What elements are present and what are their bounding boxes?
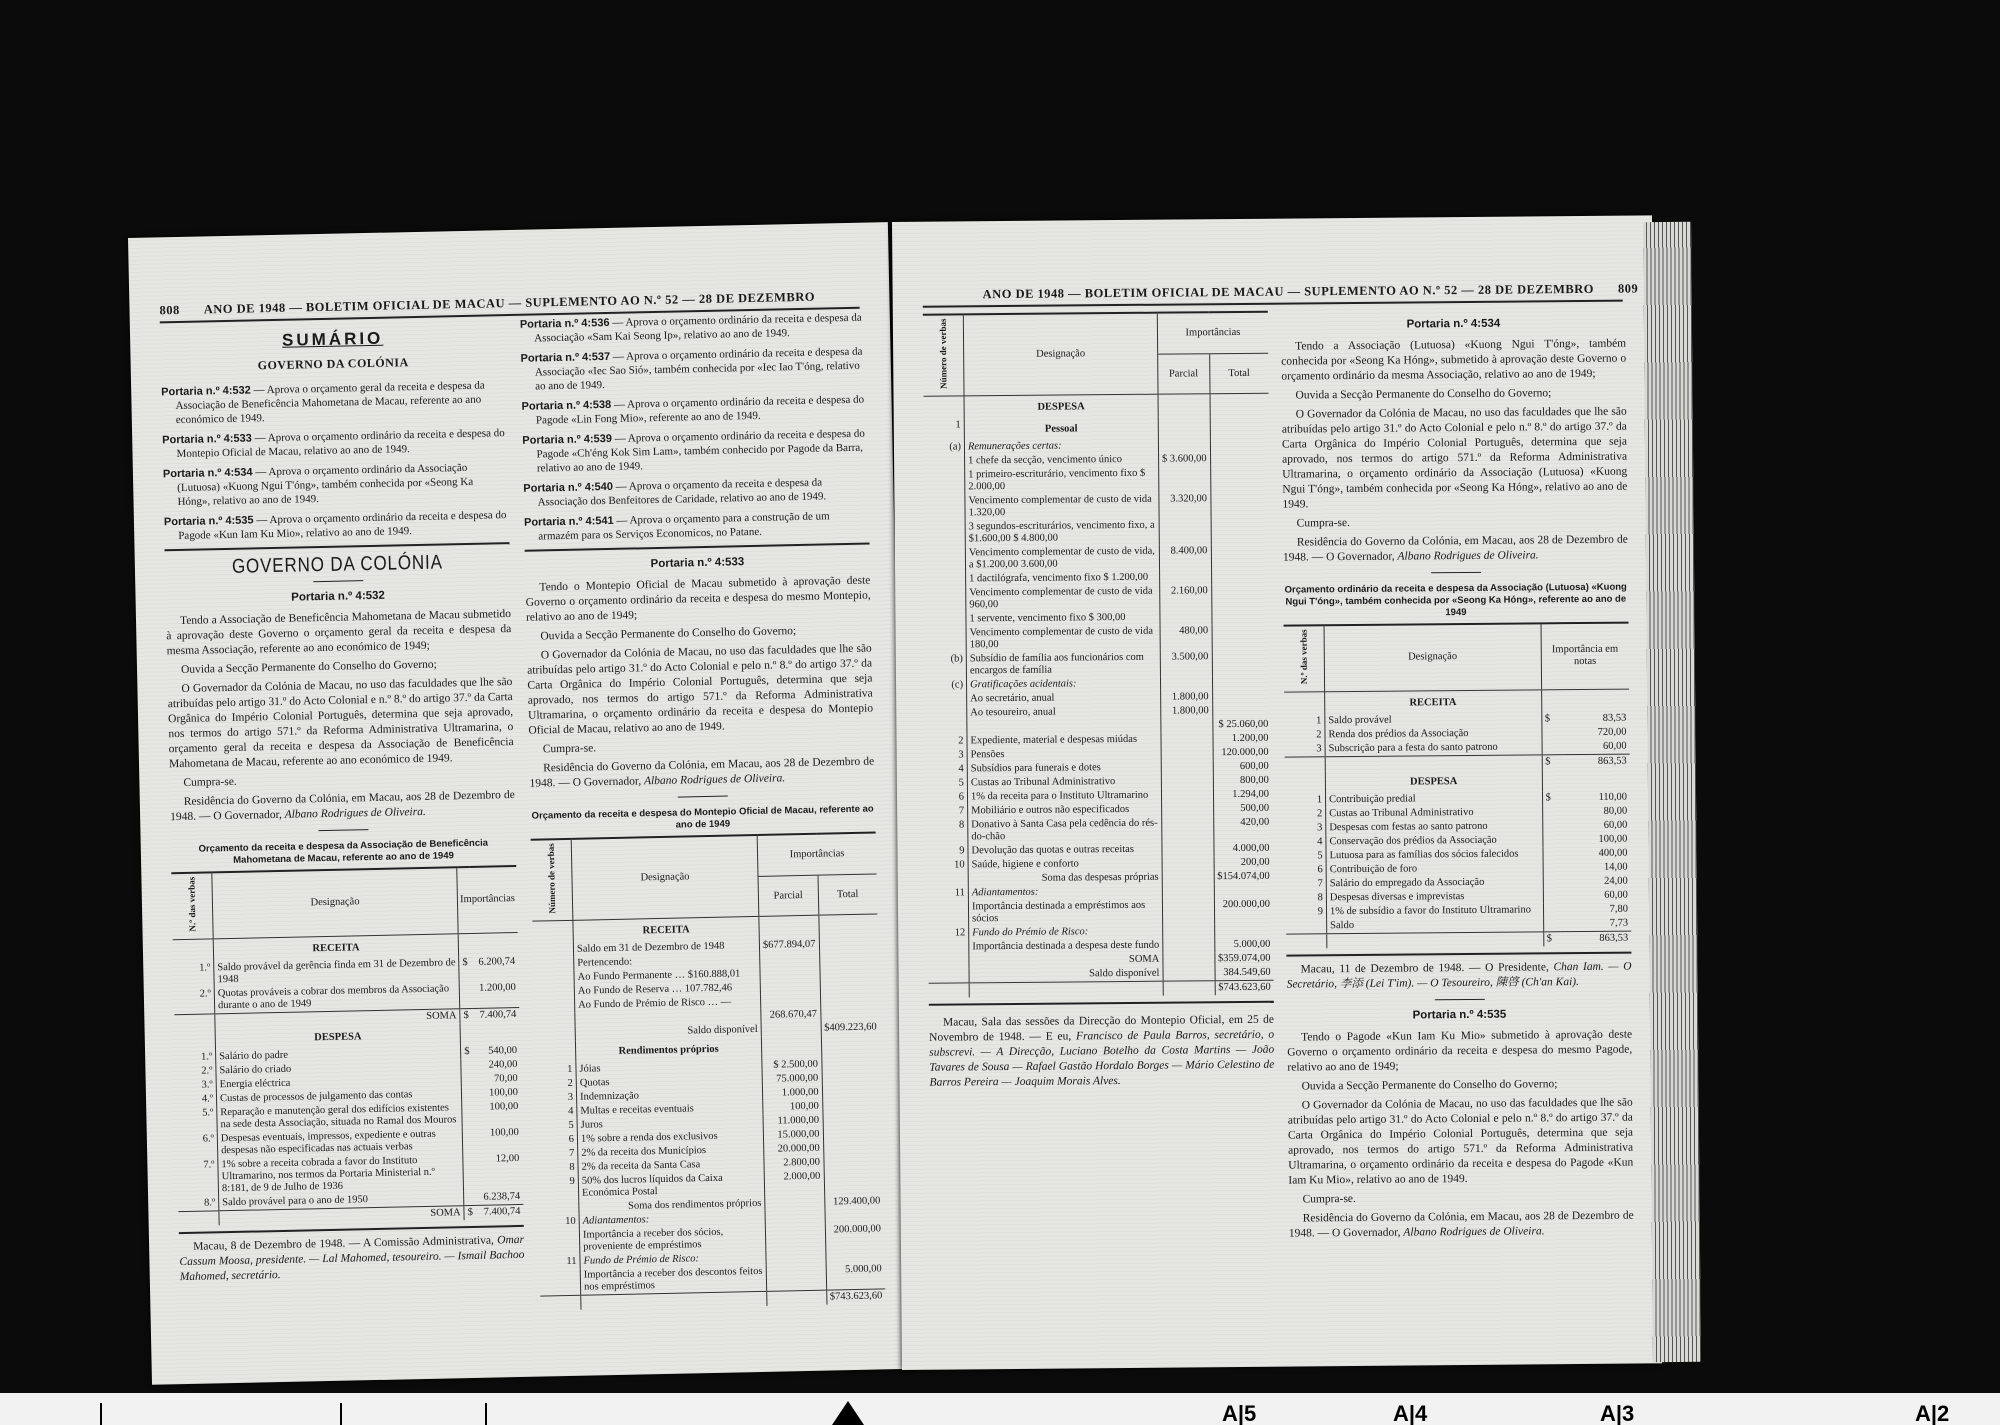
table-cell: 384.549,60 <box>1215 966 1274 981</box>
table-cell: 1% sobre a receita cobrada a favor do In… <box>218 1153 464 1196</box>
summary-subtitle: GOVERNO DA COLÓNIA <box>161 353 506 375</box>
table-cell: 6.238,74 <box>476 1190 523 1205</box>
table-cell: Subsídio de família aos funcionários com… <box>966 651 1160 679</box>
signature: Albano Rodrigues de Oliveira. <box>644 772 785 787</box>
table-cell <box>458 933 471 956</box>
table-cell <box>460 1023 473 1045</box>
table-cell: 1.800,00 <box>1160 691 1212 705</box>
table-cell <box>1161 789 1213 803</box>
summary-list: Portaria n.º 4:532 — Aprova o orçamento … <box>161 378 509 543</box>
table-cell <box>765 1210 825 1225</box>
table-cell: 8.º <box>178 1196 219 1211</box>
table-cell <box>473 1022 520 1045</box>
paragraph: Ouvida a Secção Permanente do Conselho d… <box>526 623 871 645</box>
page-number: 809 <box>1618 281 1638 296</box>
table-cell: 2 <box>1285 807 1326 821</box>
table-cell: 1 <box>535 1063 576 1078</box>
table-cell: 9 <box>927 845 968 859</box>
summary-ref: Portaria n.º 4:536 <box>520 317 610 331</box>
table-caption: Orçamento da receita e despesa do Montep… <box>530 803 875 834</box>
table-cell <box>819 965 878 980</box>
table-cell <box>1161 733 1213 747</box>
table-row: 8Donativo à Santa Casa pela cedência do … <box>927 816 1272 845</box>
table-cell: 120.000,00 <box>1213 746 1272 761</box>
table-cell: 1.000,00 <box>762 1086 822 1101</box>
table-cell <box>471 932 518 955</box>
table-cell: Vencimento complementar de custo de vida… <box>965 493 1159 521</box>
paragraph: Cumpra-se. <box>1283 514 1628 532</box>
summary-ref: Portaria n.º 4:532 <box>161 384 251 398</box>
table-cell <box>1162 843 1214 857</box>
table-cell: 100,00 <box>474 1086 521 1101</box>
table-cell: 2.000,00 <box>764 1170 824 1197</box>
right-column-2: Portaria n.º 4:534 Tendo a Associação (L… <box>1281 308 1634 1246</box>
table-cell: 1 <box>924 419 965 441</box>
table-cell <box>1543 861 1565 875</box>
table-cell <box>1286 919 1327 934</box>
table-cell <box>924 495 965 521</box>
table-cell <box>461 1059 474 1073</box>
table-cell: 1.200,00 <box>472 981 519 1008</box>
summary-ref: Portaria n.º 4:539 <box>522 433 612 447</box>
book-page-edges <box>1643 222 1701 1362</box>
summary-item: Portaria n.º 4:535 — Aprova o orçamento … <box>164 508 510 543</box>
table-cell: 600,00 <box>1213 760 1272 775</box>
summary-item: Portaria n.º 4:533 — Aprova o orçamento … <box>162 426 508 461</box>
table-cell: 1.º <box>175 1050 216 1065</box>
table-cell <box>1542 819 1564 833</box>
table-row: (b)Subsídio de família aos funcionários … <box>926 650 1271 679</box>
microfilm-strip: A|5 A|4 A|3 A|2 <box>0 1393 2000 1425</box>
table-row: Vencimento complementar de custo de vida… <box>924 492 1269 521</box>
column-header-partial: Parcial <box>1158 354 1210 395</box>
table-cell <box>1210 492 1269 519</box>
film-label: A|2 <box>1915 1403 1949 1425</box>
table-cell: 100,00 <box>763 1100 823 1115</box>
table-cell: 6 <box>1286 863 1327 877</box>
table-cell <box>1564 768 1630 791</box>
table-cell: 5 <box>1285 849 1326 863</box>
table-cell: 6.200,74 <box>472 955 519 982</box>
table-cell: 60,00 <box>1564 818 1630 833</box>
table-cell: $677.894,07 <box>759 938 819 953</box>
table-cell <box>1158 417 1210 439</box>
closing: Residência do Governo da Colónia, em Mac… <box>529 754 875 791</box>
table-cell <box>1161 747 1213 761</box>
table-cell: Importância a receber dos sócios, proven… <box>579 1225 766 1255</box>
table-cell <box>823 1127 882 1142</box>
table-row: Vencimento complementar de custo de vida… <box>925 584 1270 613</box>
summary-ref: Portaria n.º 4:538 <box>521 399 611 413</box>
table-cell <box>1162 871 1214 885</box>
table-cell: 500,00 <box>1213 802 1272 817</box>
table-cell <box>540 1269 581 1296</box>
table-cell <box>1212 676 1271 691</box>
section-label: DESPESA <box>964 395 1158 419</box>
table-row: $743.623,60 <box>929 981 1274 999</box>
table-cell <box>174 1014 215 1029</box>
table-cell <box>1210 394 1269 417</box>
table-cell <box>1543 917 1565 932</box>
table-cell <box>459 982 472 1009</box>
divider <box>318 829 368 831</box>
summary-ref: Portaria n.º 4:534 <box>163 466 253 480</box>
column-header-number: N.º das verbas <box>1298 629 1310 684</box>
table-cell: 7 <box>1286 877 1327 891</box>
signature: Albano Rodrigues de Oliveira. <box>285 806 426 821</box>
table-cell: 3 <box>927 749 968 763</box>
table-cell <box>581 1292 767 1310</box>
film-tick <box>340 1403 342 1425</box>
table-cell: Importância destinada a empréstimos aos … <box>968 899 1162 927</box>
table-cell: 50% dos lucros líquidos da Caixa Económi… <box>578 1171 765 1201</box>
table-cell <box>925 547 966 573</box>
table-cell: $ <box>459 956 472 982</box>
table-cell: 4 <box>1285 835 1326 849</box>
table-cell <box>1541 689 1563 712</box>
table-cell: (a) <box>924 441 965 455</box>
table-cell: 200.000,00 <box>825 1223 885 1250</box>
table-cell <box>766 1264 826 1292</box>
table-cell <box>534 985 575 1000</box>
divider <box>165 542 510 551</box>
table-cell: 4.º <box>176 1092 217 1107</box>
budget-table-4532: N.º das verbas Designação Importâncias R… <box>171 865 523 1226</box>
table-cell <box>760 952 820 967</box>
table-cell <box>535 1027 576 1042</box>
table-cell <box>1542 769 1564 791</box>
table-cell <box>1542 847 1564 861</box>
table-cell <box>1160 677 1212 691</box>
table-cell <box>1211 544 1270 571</box>
paragraph: Cumpra-se. <box>1288 1189 1633 1207</box>
table-cell <box>178 1211 219 1226</box>
summary-item: Portaria n.º 4:536 — Aprova o orçamento … <box>520 311 866 346</box>
portaria-heading: Portaria n.º 4:532 <box>165 586 510 608</box>
table-cell: 14,00 <box>1565 860 1631 875</box>
table-cell <box>765 1196 825 1211</box>
table-cell: 5.º <box>176 1106 217 1133</box>
table-cell <box>1158 439 1210 453</box>
table-cell <box>760 966 820 981</box>
table-cell <box>761 1022 821 1037</box>
table-cell <box>820 1007 879 1022</box>
table-cell: 1 <box>1284 714 1325 728</box>
table-cell: $ <box>1542 791 1564 805</box>
table-cell: 7,80 <box>1565 902 1631 917</box>
table-cell: 540,00 <box>473 1044 520 1059</box>
right-column-1: Número de verbas Designação Importâncias… <box>923 311 1275 1095</box>
table-cell <box>759 916 819 940</box>
table-cell: 11 <box>539 1255 580 1270</box>
table-cell <box>969 981 1163 997</box>
table-caption: Orçamento da receita e despesa da Associ… <box>171 837 516 868</box>
left-column-2: Portaria n.º 4:536 — Aprova o orçamento … <box>520 311 886 1311</box>
table-cell <box>1210 452 1269 467</box>
table-cell <box>1543 889 1565 903</box>
table-cell <box>820 993 879 1008</box>
table-cell <box>1214 924 1273 939</box>
table-cell <box>818 914 877 938</box>
table-row: Vencimento complementar de custo de vida… <box>925 544 1270 573</box>
table-row: DESPESA <box>1285 768 1630 793</box>
table-cell <box>1543 875 1565 889</box>
table-cell: 7.400,74 <box>477 1204 524 1219</box>
summary-ref: Portaria n.º 4:537 <box>520 351 610 365</box>
closing-4532: Macau, 8 de Dezembro de 1948. — A Comiss… <box>179 1233 525 1285</box>
column-header-amount: Importâncias <box>757 832 876 876</box>
table-cell: 3 <box>536 1091 577 1106</box>
column-header-number: Número de verbas <box>937 319 950 389</box>
table-cell <box>1211 610 1270 625</box>
table-cell <box>1162 885 1214 899</box>
table-cell: 5 <box>537 1119 578 1134</box>
table-cell <box>175 1028 216 1051</box>
paragraph: Tendo o Pagode «Kun Iam Ku Mio» submetid… <box>1287 1027 1632 1075</box>
closing-4533: Macau, Sala das sessões da Direcção do M… <box>929 1013 1275 1091</box>
table-cell <box>821 1057 880 1072</box>
table-cell: 70,00 <box>474 1072 521 1087</box>
table-cell <box>1541 726 1563 740</box>
table-cell: 7.400,74 <box>473 1007 520 1022</box>
summary-title: SUMÁRIO <box>160 328 505 350</box>
column-header-amount: Importâncias <box>457 866 518 933</box>
table-cell: 3 <box>1285 742 1326 757</box>
table-cell: 6 <box>537 1133 578 1148</box>
table-cell: 7 <box>537 1147 578 1162</box>
table-cell: $ <box>1542 754 1564 769</box>
section-title: GOVERNO DA COLÓNIA <box>191 555 484 576</box>
section-label: DESPESA <box>1325 769 1542 793</box>
table-cell: 100,00 <box>475 1100 522 1127</box>
table-cell: Vencimento complementar de custo de vida… <box>966 625 1160 653</box>
table-cell <box>1210 466 1269 493</box>
running-head-text: ANO DE 1948 — BOLETIM OFICIAL DE MACAU —… <box>983 282 1594 302</box>
table-cell <box>925 521 966 547</box>
table-row: 3 segundos-escriturários, vencimento fix… <box>925 518 1270 547</box>
closing: Residência do Governo da Colónia, em Mac… <box>1289 1208 1634 1241</box>
table-cell <box>1158 394 1210 417</box>
table-cell <box>1327 932 1544 948</box>
table-cell: 8.400,00 <box>1159 545 1211 571</box>
table-row: DESPESA <box>924 394 1269 420</box>
table-cell <box>824 1169 884 1196</box>
closing: Residência do Governo da Colónia, em Mac… <box>170 788 516 825</box>
table-cell: Vencimento complementar de custo de vida… <box>965 545 1159 573</box>
table-cell <box>1284 691 1325 714</box>
summary-item: Portaria n.º 4:539 — Aprova o orçamento … <box>522 427 868 476</box>
table-cell <box>825 1249 884 1264</box>
table-cell <box>1159 571 1211 585</box>
budget-table-4533-receita: Número de verbas Designação Importâncias… <box>531 831 886 1310</box>
column-header-designation: Designação <box>1324 623 1541 691</box>
table-cell <box>822 1113 881 1128</box>
table-cell <box>928 901 969 927</box>
table-cell <box>928 941 969 955</box>
table-cell <box>924 455 965 469</box>
table-cell <box>539 1229 580 1256</box>
table-cell: 2.160,00 <box>1160 585 1212 611</box>
table-cell <box>925 573 966 587</box>
table-cell <box>1159 519 1211 545</box>
paragraph: O Governador da Colónia de Macau, no uso… <box>1288 1095 1634 1188</box>
table-cell <box>1285 756 1326 771</box>
table-cell: 5.000,00 <box>1214 938 1273 953</box>
table-cell <box>1542 805 1564 819</box>
table-cell <box>760 980 820 995</box>
table-cell: $ 3.600,00 <box>1158 453 1210 467</box>
table-cell: 400,00 <box>1565 846 1631 861</box>
table-cell <box>1162 899 1214 925</box>
portaria-heading: Portaria n.º 4:535 <box>1287 1006 1632 1024</box>
table-cell <box>1162 817 1214 843</box>
table-cell <box>1163 939 1215 953</box>
table-cell: 1.294,00 <box>1213 788 1272 803</box>
film-tick <box>100 1403 102 1425</box>
table-cell <box>765 1224 825 1251</box>
table-cell: 12,00 <box>476 1152 523 1191</box>
table-cell: 863,53 <box>1564 754 1630 769</box>
table-cell: (b) <box>926 653 967 679</box>
table-cell: 1.200,00 <box>1212 732 1271 747</box>
paragraph: Tendo o Montepio Oficial de Macau submet… <box>525 574 871 626</box>
table-cell: $359.074,00 <box>1214 952 1273 967</box>
column-header-amount: Importâncias <box>1157 312 1268 354</box>
table-cell <box>926 721 967 735</box>
table-cell <box>760 994 820 1009</box>
table-cell: 6.º <box>177 1132 218 1159</box>
table-cell <box>1212 704 1271 719</box>
table-cell <box>534 1013 575 1028</box>
table-cell <box>1543 903 1565 917</box>
column-header-amount: Importância em notas <box>1541 623 1630 690</box>
table-cell: 1 <box>1285 793 1326 807</box>
column-header-number: N.º das verbas <box>185 877 198 932</box>
table-cell <box>1163 981 1215 996</box>
table-cell <box>822 1085 881 1100</box>
column-header-designation: Designação <box>963 313 1158 397</box>
table-cell <box>767 1290 827 1306</box>
table-row: $863,53 <box>1286 931 1631 949</box>
table-cell <box>822 1099 881 1114</box>
column-header-total: Total <box>1209 353 1268 394</box>
summary-item: Portaria n.º 4:540 — Aprova o orçamento … <box>523 475 869 510</box>
table-cell <box>928 955 969 969</box>
film-label: A|5 <box>1222 1403 1256 1425</box>
summary-item: Portaria n.º 4:532 — Aprova o orçamento … <box>161 378 507 427</box>
table-cell <box>1211 570 1270 585</box>
table-cell: 12 <box>928 927 969 941</box>
table-cell: 5 <box>927 777 968 791</box>
table-cell <box>173 939 214 962</box>
table-cell <box>1163 953 1215 967</box>
table-cell: 7,73 <box>1565 916 1631 931</box>
summary-item: Portaria n.º 4:534 — Aprova o orçamento … <box>163 460 509 509</box>
table-cell: 240,00 <box>474 1058 521 1073</box>
table-cell <box>1161 761 1213 775</box>
table-cell <box>1210 416 1269 439</box>
running-head-right: ANO DE 1948 — BOLETIM OFICIAL DE MACAU —… <box>923 282 1623 308</box>
table-cell: 3.500,00 <box>1160 651 1212 677</box>
table-cell <box>1563 689 1629 712</box>
table-cell: 2.800,00 <box>764 1156 824 1171</box>
table-cell: 60,00 <box>1565 888 1631 903</box>
table-cell: 60,00 <box>1564 739 1630 754</box>
table-cell <box>819 937 878 952</box>
table-cell: 129.400,00 <box>824 1195 883 1210</box>
table-cell <box>1211 518 1270 545</box>
table-cell: 2 <box>1284 728 1325 742</box>
divider <box>1286 951 1631 956</box>
table-cell <box>929 969 970 984</box>
budget-table-4533-despesa: Número de verbas Designação Importâncias… <box>923 311 1274 998</box>
table-cell: $ <box>1543 931 1565 946</box>
table-cell <box>924 396 965 419</box>
table-cell: 3 <box>1285 821 1326 835</box>
table-cell: $ <box>461 1045 474 1059</box>
paragraph: O Governador da Colónia de Macau, no uso… <box>527 642 874 739</box>
table-cell <box>761 1036 821 1059</box>
table-cell: 3.º <box>176 1078 217 1093</box>
table-cell: $ 25.060,00 <box>1212 718 1271 733</box>
table-cell: 100,00 <box>1565 832 1631 847</box>
table-cell <box>1542 740 1564 755</box>
table-cell: $ <box>464 1205 477 1220</box>
summary-item: Portaria n.º 4:541 — Aprova o orçamento … <box>524 509 870 544</box>
table-cell: 3.320,00 <box>1159 493 1211 519</box>
page-number: 808 <box>159 303 180 318</box>
table-cell <box>819 951 878 966</box>
table-cell <box>823 1155 882 1170</box>
table-cell: 2.º <box>175 1064 216 1079</box>
paragraph: Tendo a Associação (Lutuosa) «Kuong Ngui… <box>1281 337 1626 385</box>
table-cell: 15.000,00 <box>763 1128 823 1143</box>
table-cell: 11 <box>928 887 969 901</box>
portaria-heading: Portaria n.º 4:534 <box>1281 316 1626 334</box>
budget-table-4534: N.º das verbas Designação Importância em… <box>1284 622 1632 949</box>
column-header-number: Número de verbas <box>545 843 558 914</box>
table-cell <box>1212 624 1271 651</box>
paragraph: Cumpra-se. <box>169 769 514 791</box>
table-cell <box>928 873 969 887</box>
divider <box>525 543 870 552</box>
table-cell: 8 <box>1286 891 1327 905</box>
table-cell: 80,00 <box>1564 804 1630 819</box>
summary-ref: Portaria n.º 4:533 <box>162 432 252 446</box>
table-cell: 1 primeiro-escriturário, vencimento fixo… <box>965 467 1159 495</box>
paragraph: Cumpra-se. <box>529 735 874 757</box>
right-page: ANO DE 1948 — BOLETIM OFICIAL DE MACAU —… <box>892 215 1662 1370</box>
column-header-total: Total <box>817 874 877 916</box>
table-cell <box>821 1035 880 1058</box>
table-cell <box>822 1071 881 1086</box>
table-cell <box>1211 584 1270 611</box>
table-cell <box>463 1153 477 1191</box>
table-cell: 720,00 <box>1564 725 1630 740</box>
table-cell <box>1162 857 1214 871</box>
table-cell <box>462 1101 475 1127</box>
table-cell <box>1160 611 1212 625</box>
table-cell <box>534 999 575 1014</box>
table-cell <box>1285 771 1326 793</box>
table-cell: 10 <box>928 859 969 873</box>
table-cell: 75.000,00 <box>762 1072 822 1087</box>
table-cell: 420,00 <box>1213 816 1272 843</box>
table-cell <box>1542 833 1564 847</box>
table-cell: 24,00 <box>1565 874 1631 889</box>
table-cell <box>533 971 574 986</box>
table-cell: $ <box>1541 712 1563 726</box>
